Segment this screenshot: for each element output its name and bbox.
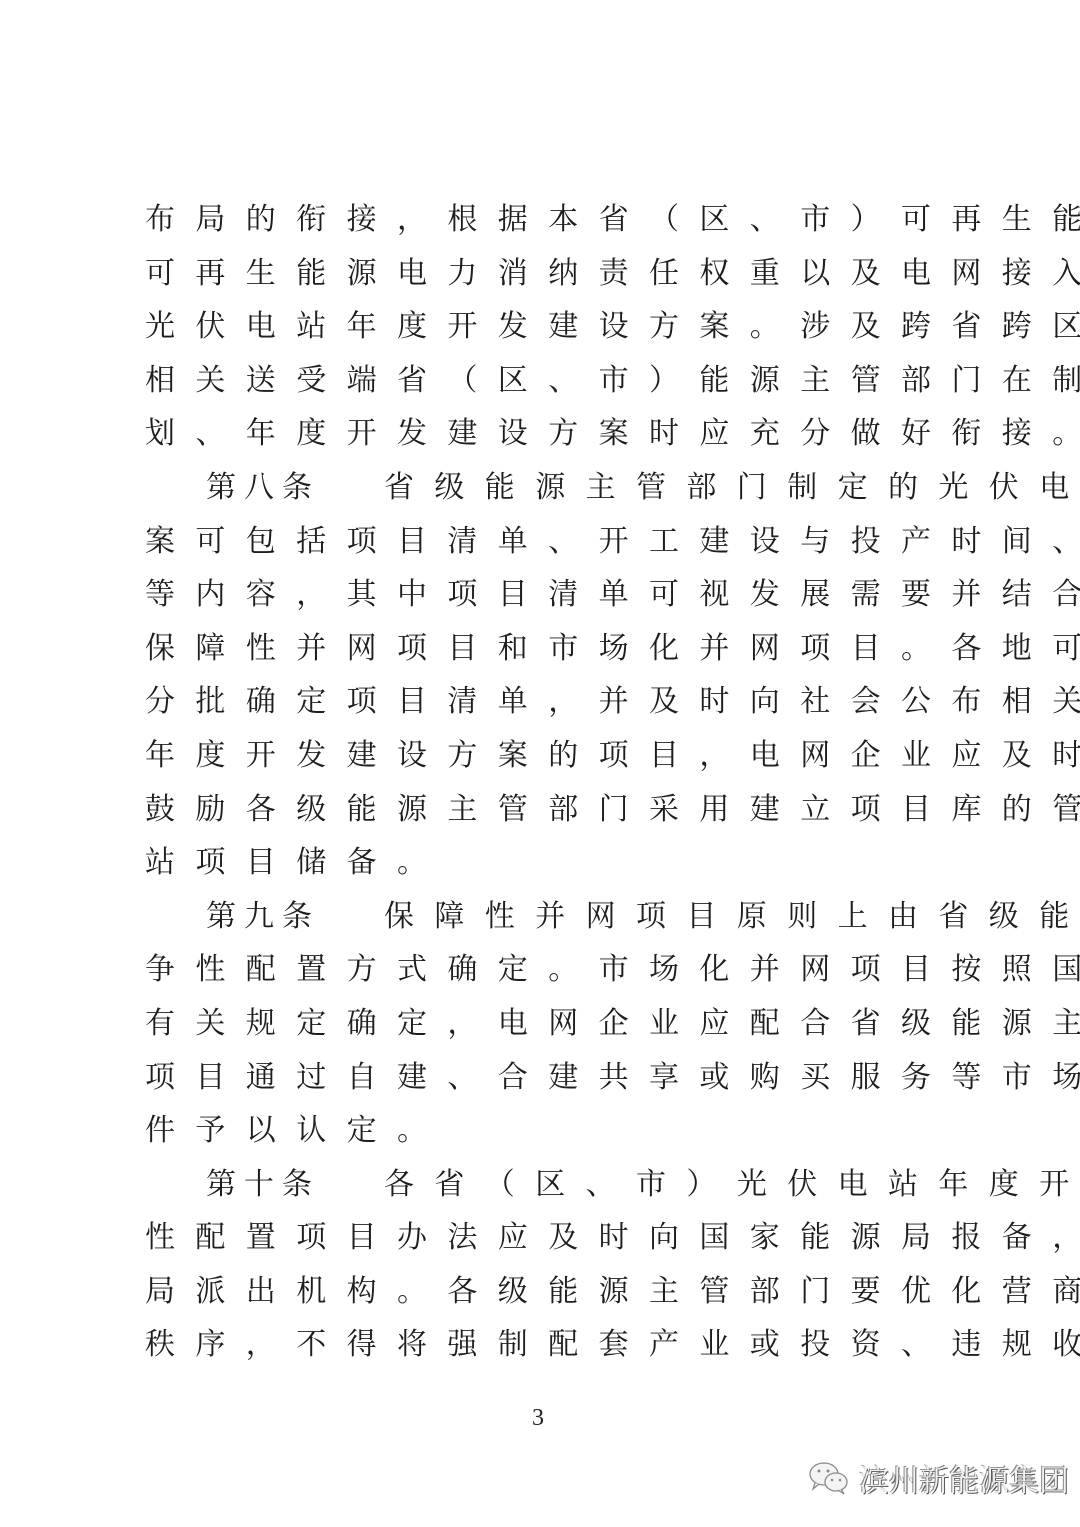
watermark-text: 滨州新能源集团 [859,1456,1069,1500]
article-10-first-line: 第十条各省（区、市）光伏电站年度开发建设方案和竞争 [145,1158,935,1212]
text-line: 相关送受端省（区、市）能源主管部门在制定可再生能源发展规 [145,354,935,408]
watermark: 滨州新能源集团 [807,1456,1069,1500]
text-span: 保障性并网项目原则上由省级能源主管部门通过竞 [384,899,1080,934]
text-line: 布局的衔接，根据本省（区、市）可再生能源发展规划、非水电 [145,193,935,247]
text-line: 秩序，不得将强制配套产业或投资、违规收取项目保证金等作为 [145,1318,935,1372]
article-9-label: 第九条 [206,899,320,934]
text-line: 有关规定确定，电网企业应配合省级能源主管部门对市场化并网 [145,997,935,1051]
text-line: 项目通过自建、合建共享或购买服务等市场化方式落实的并网条 [145,1051,935,1105]
text-line: 光伏电站年度开发建设方案。涉及跨省跨区外送消纳的光伏电站， [145,300,935,354]
text-line: 划、年度开发建设方案时应充分做好衔接。 [145,407,935,461]
text-line: 性配置项目办法应及时向国家能源局报备，并抄送当地国家能源 [145,1211,935,1265]
text-span: 省级能源主管部门制定的光伏电站年度开发建设方 [384,470,1080,505]
text-line: 年度开发建设方案的项目，电网企业应及时办理电网接入手续。 [145,729,935,783]
text-line: 站项目储备。 [145,836,935,890]
article-10-label: 第十条 [206,1167,320,1202]
text-line: 鼓励各级能源主管部门采用建立项目库的管理方式，做好光伏电 [145,783,935,837]
article-9-first-line: 第九条保障性并网项目原则上由省级能源主管部门通过竞 [145,890,935,944]
text-span: 各省（区、市）光伏电站年度开发建设方案和竞争 [384,1167,1080,1202]
text-line: 争性配置方式确定。市场化并网项目按照国家和各省（区、市） [145,943,935,997]
text-line: 等内容，其中项目清单可视发展需要并结合本地实际分类确定为 [145,568,935,622]
wechat-icon [807,1460,851,1496]
article-8-first-line: 第八条省级能源主管部门制定的光伏电站年度开发建设方 [145,461,935,515]
text-line: 可再生能源电力消纳责任权重以及电网接入与消纳条件等，制定 [145,247,935,301]
text-line: 保障性并网项目和市场化并网项目。各地可结合实际，一次性或 [145,622,935,676]
text-line: 分批确定项目清单，并及时向社会公布相关情况。纳入光伏电站 [145,675,935,729]
text-line: 局派出机构。各级能源主管部门要优化营商环境，规范开发建设 [145,1265,935,1319]
page-number: 3 [532,1405,544,1432]
document-body: 布局的衔接，根据本省（区、市）可再生能源发展规划、非水电 可再生能源电力消纳责任… [145,193,935,1372]
article-8-label: 第八条 [206,470,320,505]
text-line: 件予以认定。 [145,1104,935,1158]
text-line: 案可包括项目清单、开工建设与投产时间、建设要求、保障措施 [145,515,935,569]
